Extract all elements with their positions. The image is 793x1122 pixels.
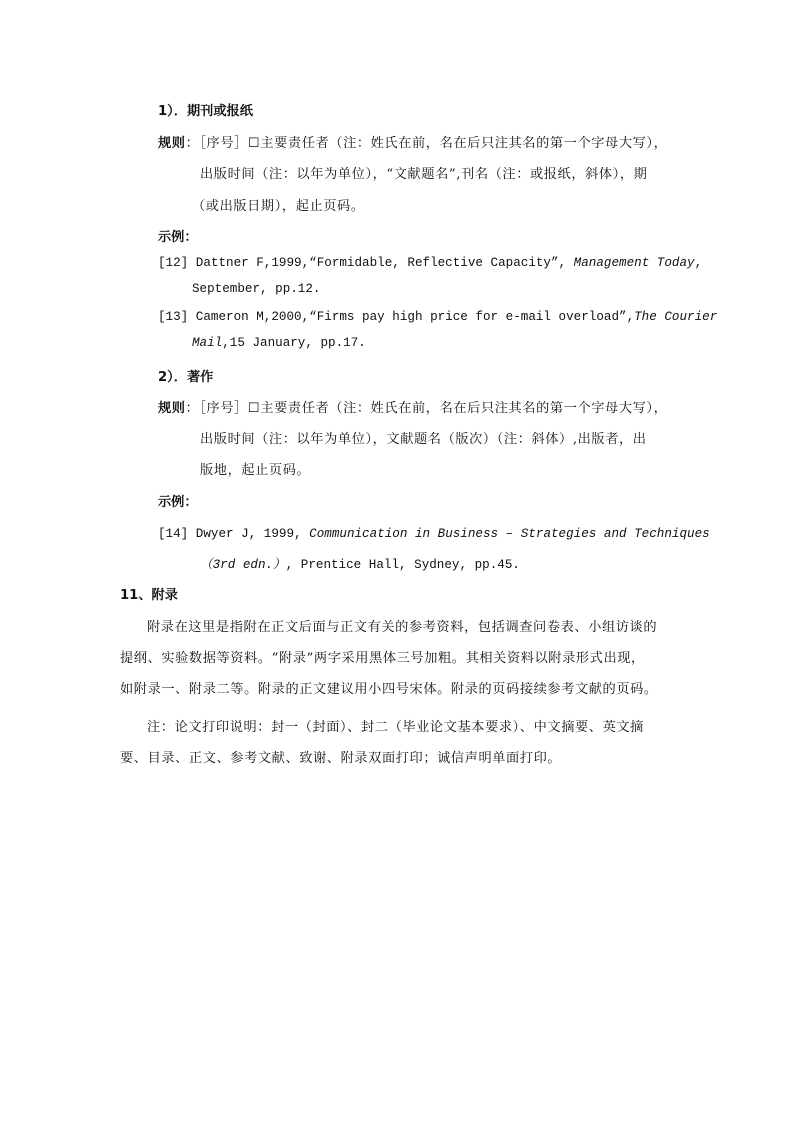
journal-rule-line-2: 出版时间（注：以年为单位），“文献题名”,刊名（注：或报纸，斜体），期 [200,166,647,184]
reference-13-line-1: [13] Cameron M,2000,“Firms pay high pric… [158,308,717,326]
book-example-label: 示例： [158,494,198,512]
rule-label: 规则 [158,136,186,151]
reference-12-line-2: September, pp.12. [192,280,320,298]
print-note-line-2: 要、目录、正文、参考文献、致谢、附录双面打印；诚信声明单面打印。 [120,750,561,768]
ref-text: [12] Dattner F,1999,“Formidable, Reflect… [158,256,574,270]
book-rule-line-3: 版地，起止页码。 [200,462,310,480]
ref-text: , [695,256,703,270]
journal-heading: 1）．期刊或报纸 [158,103,253,121]
ref-text: [14] Dwyer J, 1999, [158,527,309,541]
print-note-line-1: 注：论文打印说明：封一（封面）、封二（毕业论文基本要求）、中文摘要、英文摘 [147,719,644,737]
ref-text: [13] Cameron M,2000,“Firms pay high pric… [158,310,634,324]
appendix-heading: 11、附录 [120,587,178,605]
journal-rule-line-3: （或出版日期），起止页码。 [192,198,365,216]
ref-text: , Prentice Hall, Sydney, pp.45. [286,558,520,572]
reference-14-line-2: （3rd edn.）, Prentice Hall, Sydney, pp.45… [200,556,520,574]
book-heading: 2）．著作 [158,369,213,387]
ref-journal-title: The Courier [634,310,717,324]
journal-rule-line-1: 规则：［序号］☐主要责任者（注：姓氏在前，名在后只注其名的第一个字母大写）， [158,135,667,153]
journal-example-label: 示例： [158,229,198,247]
reference-12-line-1: [12] Dattner F,1999,“Formidable, Reflect… [158,254,702,272]
appendix-paragraph-line-2: 提纲、实验数据等资料。“附录”两字采用黑体三号加粗。其相关资料以附录形式出现， [120,650,645,668]
ref-book-title: Communication in Business – Strategies a… [309,527,710,541]
rule-label: 规则 [158,401,186,416]
rule-colon: ： [186,401,200,416]
rule-colon: ： [186,136,200,151]
appendix-paragraph-line-1: 附录在这里是指附在正文后面与正文有关的参考资料，包括调查问卷表、小组访谈的 [147,619,657,637]
ref-text: ,15 January, pp.17. [222,336,366,350]
book-rule-line-2: 出版时间（注：以年为单位），文献题名（版次）（注：斜体）,出版者，出 [200,431,647,449]
ref-edition: （3rd edn.） [200,558,286,572]
book-rule-line-1: 规则：［序号］☐主要责任者（注：姓氏在前，名在后只注其名的第一个字母大写）， [158,400,667,418]
ref-journal-title: Management Today [574,256,695,270]
ref-journal-title: Mail [192,336,222,350]
reference-13-line-2: Mail,15 January, pp.17. [192,334,366,352]
appendix-paragraph-line-3: 如附录一、附录二等。附录的正文建议用小四号宋体。附录的页码接续参考文献的页码。 [120,681,658,699]
reference-14-line-1: [14] Dwyer J, 1999, Communication in Bus… [158,525,710,543]
rule-text: ［序号］☐主要责任者（注：姓氏在前，名在后只注其名的第一个字母大写）， [199,136,667,151]
rule-text: ［序号］☐主要责任者（注：姓氏在前，名在后只注其名的第一个字母大写）， [199,401,667,416]
